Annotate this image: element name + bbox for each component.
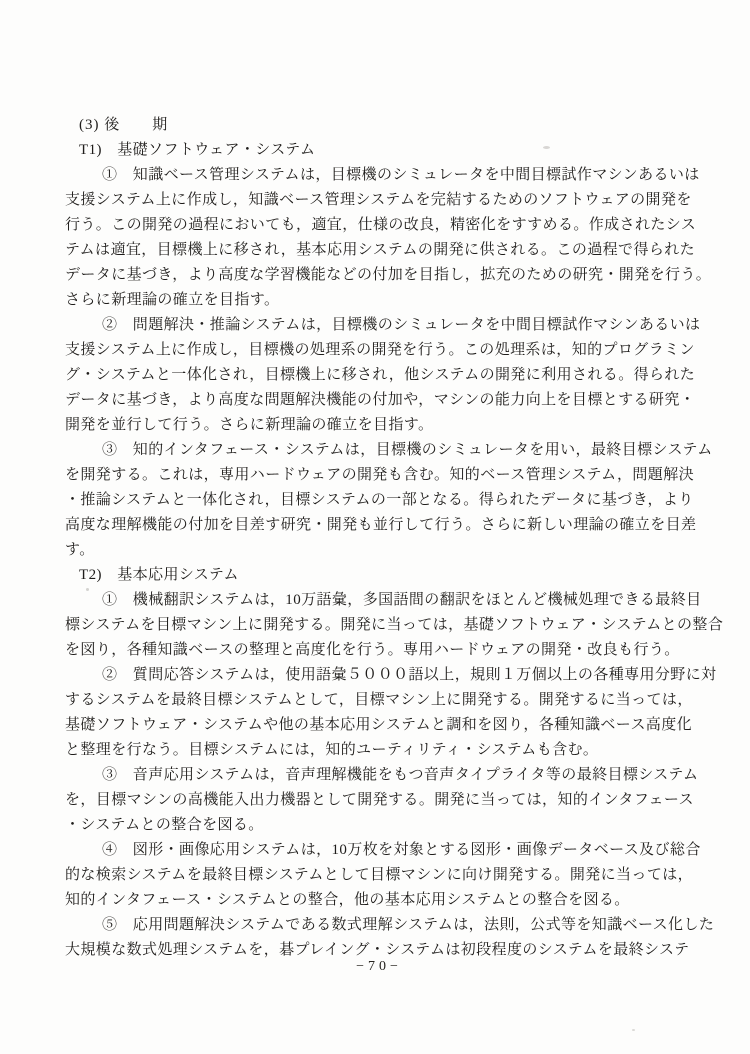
paragraph-line: ① 機械翻訳システムは，10万語彙，多国語間の翻訳をほとんど機械処理できる最終目 [65,588,705,613]
paragraph-line: す。 [65,538,705,563]
scan-speck [632,1029,635,1031]
section-heading: (3) 後 期 [65,113,705,138]
subsection-heading: T1) 基礎ソフトウェア・システム [65,138,705,163]
scan-speck [86,588,89,591]
paragraph-line: テムは適宜，目標機上に移され，基本応用システムの開発に供される。この過程で得られ… [65,238,705,263]
paragraph-line: 支援システム上に作成し，目標機の処理系の開発を行う。この処理系は，知的プログラミ… [65,338,705,363]
paragraph-line: ・システムとの整合を図る。 [65,813,705,838]
text-body: (3) 後 期 T1) 基礎ソフトウェア・システム① 知識ベース管理システムは，… [65,113,705,963]
paragraph-line: 的な検索システムを最終目標システムとして目標マシンに向け開発する。開発に当っては… [65,863,705,888]
paragraph-line: 開発を並行して行う。さらに新理論の確立を目指す。 [65,413,705,438]
paragraph-line: データに基づき，より高度な問題解決機能の付加や，マシンの能力向上を目標とする研究… [65,388,705,413]
paragraph-line: を，目標マシンの高機能入出力機器として開発する。開発に当っては，知的インタフェー… [65,788,705,813]
paragraph-line: ② 問題解決・推論システムは，目標機のシミュレータを中間目標試作マシンあるいは [65,313,705,338]
paragraph-line: 知的インタフェース・システムとの整合，他の基本応用システムとの整合を図る。 [65,888,705,913]
paragraph-line: 標システムを目標マシン上に開発する。開発に当っては，基礎ソフトウェア・システムと… [65,613,705,638]
paragraph-line: と整理を行なう。目標システムには，知的ユーティリティ・システムも含む。 [65,738,705,763]
paragraph-line: 基礎ソフトウェア・システムや他の基本応用システムと調和を図り，各種知識ベース高度… [65,713,705,738]
page-number: −70− [65,956,693,978]
scanned-document-page: (3) 後 期 T1) 基礎ソフトウェア・システム① 知識ベース管理システムは，… [0,0,750,1054]
paragraph-line: ③ 音声応用システムは，音声理解機能をもつ音声タイプライタ等の最終目標システム [65,763,705,788]
subsection-heading: T2) 基本応用システム [65,563,705,588]
paragraph-line: さらに新理論の確立を目指す。 [65,288,705,313]
paragraph-line: ⑤ 応用問題解決システムである数式理解システムは，法則，公式等を知識ベース化した [65,913,705,938]
paragraph-line: ④ 図形・画像応用システムは，10万枚を対象とする図形・画像データベース及び総合 [65,838,705,863]
paragraph-line: 行う。この開発の過程においても，適宜，仕様の改良，精密化をすすめる。作成されたシ… [65,213,705,238]
paragraph-line: ① 知識ベース管理システムは，目標機のシミュレータを中間目標試作マシンあるいは [65,163,705,188]
blocks-container: T1) 基礎ソフトウェア・システム① 知識ベース管理システムは，目標機のシミュレ… [65,138,705,963]
paragraph-line: ・推論システムと一体化され，目標システムの一部となる。得られたデータに基づき，よ… [65,488,705,513]
paragraph-line: を開発する。これは，専用ハードウェアの開発も含む。知的ベース管理システム，問題解… [65,463,705,488]
paragraph-line: を図り，各種知識ベースの整理と高度化を行う。専用ハードウェアの開発・改良も行う。 [65,638,705,663]
paragraph-line: 支援システム上に作成し，知識ベース管理システムを完結するためのソフトウェアの開発… [65,188,705,213]
paragraph-line: ② 質問応答システムは，使用語彙５０００語以上，規則１万個以上の各種専用分野に対 [65,663,705,688]
scan-speck [543,146,550,149]
paragraph-line: するシステムを最終目標システムとして，目標マシン上に開発する。開発するに当っては… [65,688,705,713]
paragraph-line: データに基づき，より高度な学習機能などの付加を目指し，拡充のための研究・開発を行… [65,263,705,288]
paragraph-line: グ・システムと一体化され，目標機上に移され，他システムの開発に利用される。得られ… [65,363,705,388]
paragraph-line: 高度な理解機能の付加を目差す研究・開発も並行して行う。さらに新しい理論の確立を目… [65,513,705,538]
paragraph-line: ③ 知的インタフェース・システムは，目標機のシミュレータを用い，最終目標システム [65,438,705,463]
